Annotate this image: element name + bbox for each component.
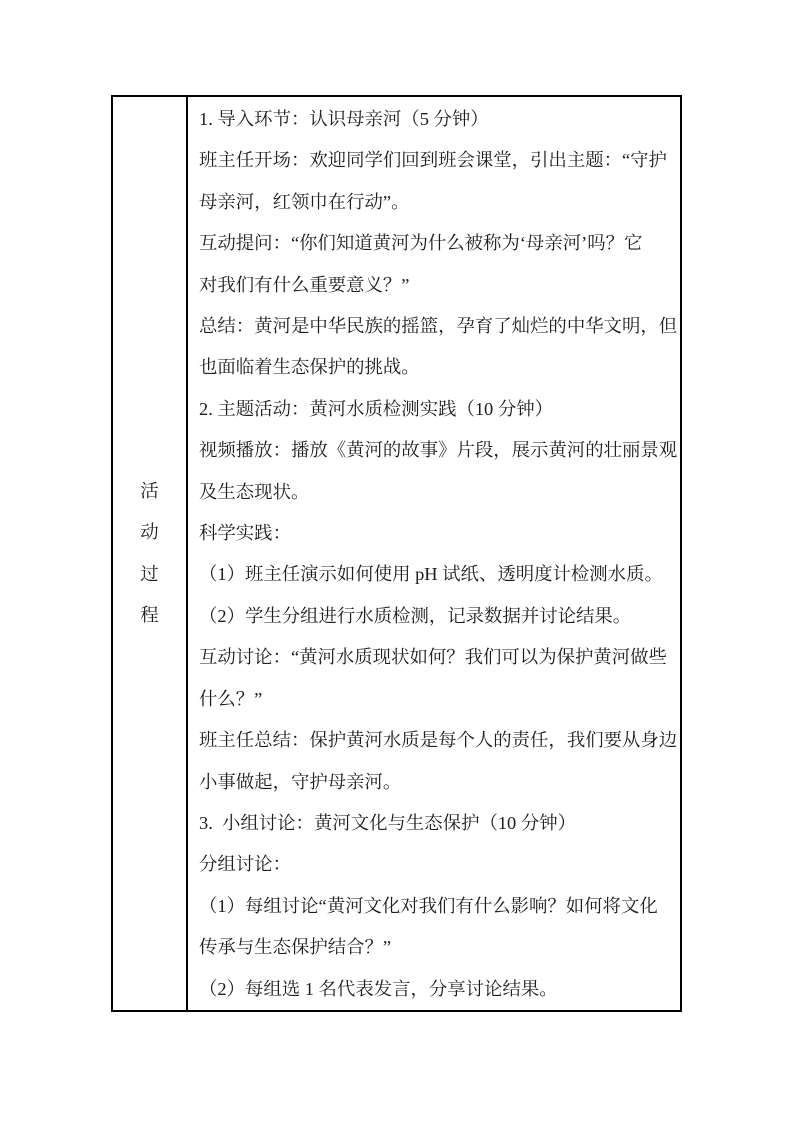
activity-content-cell: 1. 导入环节：认识母亲河（5 分钟） 班主任开场：欢迎同学们回到班会课堂，引出… [188, 97, 680, 1010]
text-line: 班主任总结：保护黄河水质是每个人的责任，我们要从身边 [199, 720, 675, 761]
text-line: 对我们有什么重要意义？” [199, 265, 675, 306]
text-line: 互动讨论：“黄河水质现状如何？我们可以为保护黄河做些 [199, 637, 675, 678]
text-line: 也面临着生态保护的挑战。 [199, 347, 675, 388]
text-line: （1）班主任演示如何使用 pH 试纸、透明度计检测水质。 [199, 554, 675, 595]
text-line: 母亲河，红领巾在行动”。 [199, 182, 675, 223]
header-char: 程 [140, 595, 158, 636]
text-line: 1. 导入环节：认识母亲河（5 分钟） [199, 99, 675, 140]
header-char: 动 [140, 512, 158, 553]
text-line: 小事做起，守护母亲河。 [199, 762, 675, 803]
text-line: 分组讨论： [199, 844, 675, 885]
text-line: （2）学生分组进行水质检测，记录数据并讨论结果。 [199, 596, 675, 637]
text-line: （2）每组选 1 名代表发言，分享讨论结果。 [199, 969, 675, 1010]
document-page: 活 动 过 程 1. 导入环节：认识母亲河（5 分钟） 班主任开场：欢迎同学们回… [0, 0, 793, 1122]
text-line: 2. 主题活动：黄河水质检测实践（10 分钟） [199, 389, 675, 430]
activity-process-header-cell: 活 动 过 程 [113, 97, 188, 1010]
lesson-plan-table-row: 活 动 过 程 1. 导入环节：认识母亲河（5 分钟） 班主任开场：欢迎同学们回… [111, 95, 682, 1012]
text-line: 总结：黄河是中华民族的摇篮，孕育了灿烂的中华文明，但 [199, 306, 675, 347]
text-line: 3. 小组讨论：黄河文化与生态保护（10 分钟） [199, 803, 675, 844]
text-line: 传承与生态保护结合？” [199, 927, 675, 968]
text-line: 互动提问：“你们知道黄河为什么被称为‘母亲河’吗？它 [199, 223, 675, 264]
header-char: 活 [140, 471, 158, 512]
header-char: 过 [140, 554, 158, 595]
text-line: 科学实践： [199, 513, 675, 554]
text-line: 及生态现状。 [199, 472, 675, 513]
text-line: （1）每组讨论“黄河文化对我们有什么影响？如何将文化 [199, 886, 675, 927]
text-line: 视频播放：播放《黄河的故事》片段，展示黄河的壮丽景观 [199, 430, 675, 471]
text-line: 班主任开场：欢迎同学们回到班会课堂，引出主题：“守护 [199, 140, 675, 181]
text-line: 什么？” [199, 679, 675, 720]
